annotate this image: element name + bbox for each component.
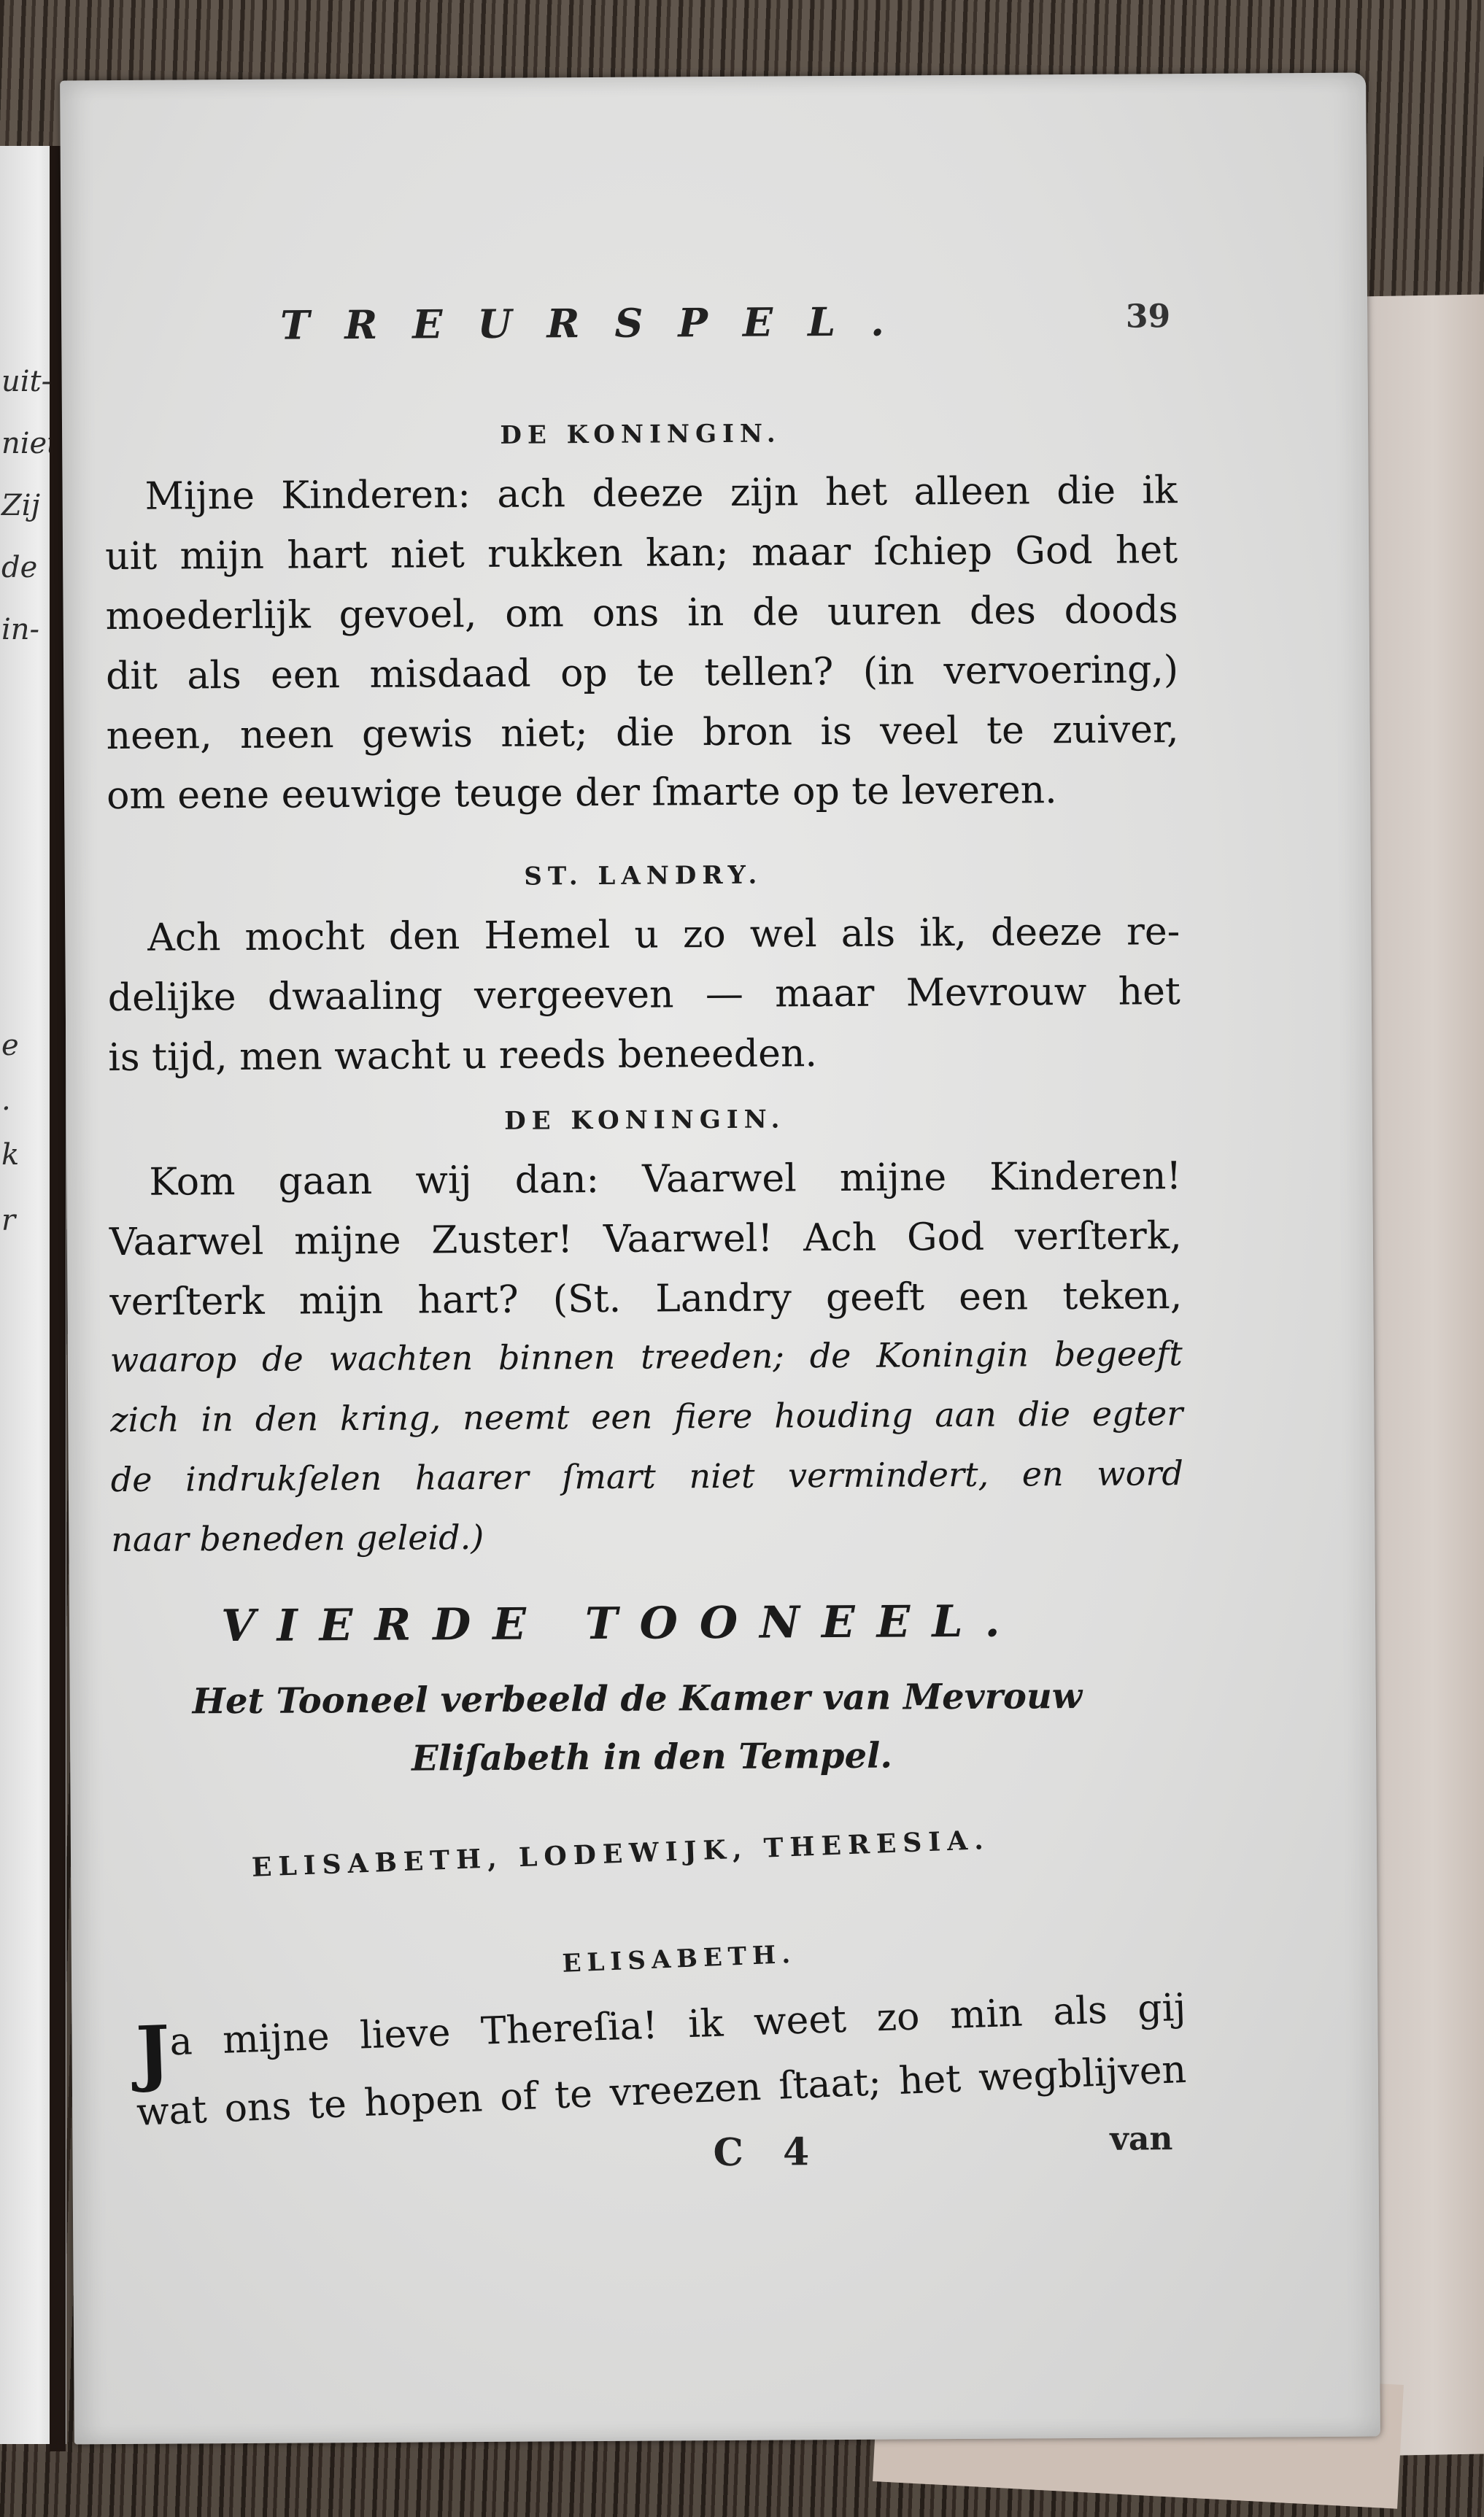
left-fragment: r xyxy=(1,1204,15,1237)
text-line-content: a mijne lieve Thereſia! ik weet zo min a… xyxy=(169,1986,1187,2064)
left-fragment: e xyxy=(1,1029,19,1062)
left-fragment: . xyxy=(1,1083,11,1117)
signature-mark: C 4 xyxy=(713,2130,822,2175)
catchword: van xyxy=(1110,2120,1172,2158)
left-fragment: uit- xyxy=(1,365,51,398)
stage-direction-line: zich in den kring, neemt een fiere houdi… xyxy=(110,1396,1183,1437)
scene-description: Eliſabeth in den Tempel. xyxy=(411,1736,892,1779)
text-line: verſterk mijn hart? (St. Landry geeft ee… xyxy=(109,1277,1182,1321)
scene-title: VIERDE TOONEEL. xyxy=(221,1596,1022,1652)
text-line: Vaarwel mijne Zuster! Vaarwel! Ach God v… xyxy=(109,1217,1182,1261)
page-text: DE KONINGIN. Mijne Kinderen: ach deeze z… xyxy=(102,74,1175,80)
speaker-heading: DE KONINGIN. xyxy=(104,417,1177,452)
speaker-heading: ELISABETH. xyxy=(143,1922,1216,1995)
text-line: uit mijn hart niet rukken kan; maar ſchi… xyxy=(105,531,1178,576)
persons-list: ELISABETH, LODEWIJK, THERESIA. xyxy=(251,1825,990,1883)
text-line: moederlijk gevoel, om ons in de uuren de… xyxy=(105,591,1178,635)
left-fragment: in- xyxy=(1,613,39,646)
text-line: Ach mocht den Hemel u zo wel als ik, dee… xyxy=(107,913,1180,957)
stage-direction-line: de indrukſelen haarer ſmart niet vermind… xyxy=(111,1456,1183,1496)
text-line: om eene eeuwige teuge der ſmarte op te l… xyxy=(107,770,1179,815)
speaker-heading: DE KONINGIN. xyxy=(109,1102,1181,1138)
running-head: TREURSPEL. 39 xyxy=(215,296,1163,360)
left-fragment: de xyxy=(1,551,37,584)
text-line: delijke dwaaling vergeeven — maar Mevrou… xyxy=(108,973,1180,1017)
running-title: TREURSPEL. xyxy=(280,298,919,348)
left-fragment: k xyxy=(1,1138,19,1172)
text-line: is tijd, men wacht u reeds beneeden. xyxy=(108,1032,1180,1077)
text-line: Mijne Kinderen: ach deeze zijn het allee… xyxy=(104,471,1177,516)
text-line: Kom gaan wij dan: Vaarwel mijne Kinderen… xyxy=(109,1157,1181,1202)
drop-cap: J xyxy=(135,2010,171,2095)
stage-direction-line: waarop de wachten binnen treeden; de Kon… xyxy=(110,1337,1183,1377)
text-line: dit als een misdaad op te tellen? (in ve… xyxy=(106,651,1178,695)
text-line: neen, neen gewis niet; die bron is veel … xyxy=(106,711,1178,755)
scene-description: Het Tooneel verbeeld de Kamer van Mevrou… xyxy=(193,1676,1083,1722)
book-page: TREURSPEL. 39 DE KONINGIN. Mijne Kindere… xyxy=(60,73,1380,2445)
page-number: 39 xyxy=(1126,298,1171,335)
left-fragment: Zij xyxy=(1,489,40,522)
stage-direction-line: naar beneden geleid.) xyxy=(111,1516,1183,1556)
speaker-heading: ST. LANDRY. xyxy=(107,858,1180,894)
